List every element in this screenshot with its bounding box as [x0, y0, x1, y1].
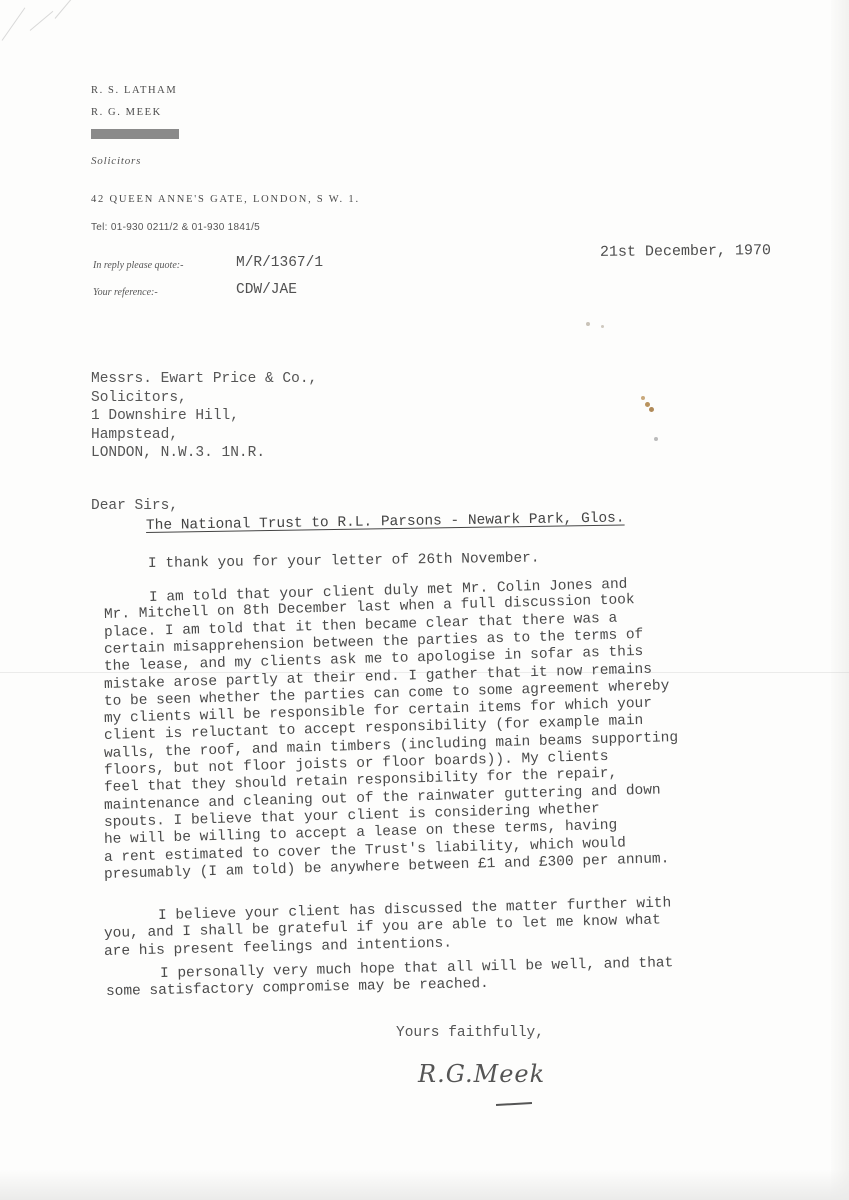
- partner-name: R. G. MEEK: [91, 106, 179, 128]
- firm-address: 42 QUEEN ANNE'S GATE, LONDON, S W. 1.: [91, 194, 360, 205]
- scan-shadow: [0, 1170, 849, 1200]
- addressee-line: Hampstead,: [91, 426, 317, 445]
- paper-stain: [654, 437, 658, 441]
- addressee-line: LONDON, N.W.3. 1N.R.: [91, 444, 317, 463]
- reply-quote-label: In reply please quote:-: [93, 260, 183, 271]
- paper-stain: [649, 407, 654, 412]
- addressee-line: 1 Downshire Hill,: [91, 407, 317, 426]
- addressee-line: Solicitors,: [91, 389, 317, 408]
- your-reference-label: Your reference:-: [93, 287, 158, 298]
- closing: Yours faithfully,: [396, 1025, 544, 1041]
- firm-telephone: Tel: 01-930 0211/2 & 01-930 1841/5: [91, 222, 260, 233]
- addressee-line: Messrs. Ewart Price & Co.,: [91, 370, 317, 389]
- paper-stain: [601, 325, 604, 328]
- paper-scratch: [55, 0, 72, 19]
- paper-scratch: [30, 11, 54, 31]
- firm-role: Solicitors: [91, 155, 141, 167]
- paper-stain: [586, 322, 590, 326]
- signature-underline: [496, 1102, 532, 1106]
- paper-stain: [645, 402, 650, 407]
- body-line: I thank you for your letter of 26th Nove…: [148, 551, 540, 572]
- letter-date: 21st December, 1970: [600, 242, 771, 261]
- addressee-block: Messrs. Ewart Price & Co., Solicitors, 1…: [91, 370, 317, 463]
- partner-name: R. S. LATHAM: [91, 84, 179, 106]
- redacted-partner-name: [91, 129, 179, 139]
- paper-stain: [641, 396, 645, 400]
- your-reference-value: CDW/JAE: [236, 282, 297, 298]
- subject-line: The National Trust to R.L. Parsons - New…: [146, 510, 625, 534]
- paper-edge: [831, 0, 849, 1200]
- signature: R.G.Meek: [418, 1060, 545, 1088]
- letterhead: R. S. LATHAM R. G. MEEK Solicitors 42 QU…: [91, 84, 179, 139]
- reply-quote-value: M/R/1367/1: [236, 255, 323, 271]
- salutation: Dear Sirs,: [91, 498, 178, 514]
- paper-scratch: [2, 7, 26, 40]
